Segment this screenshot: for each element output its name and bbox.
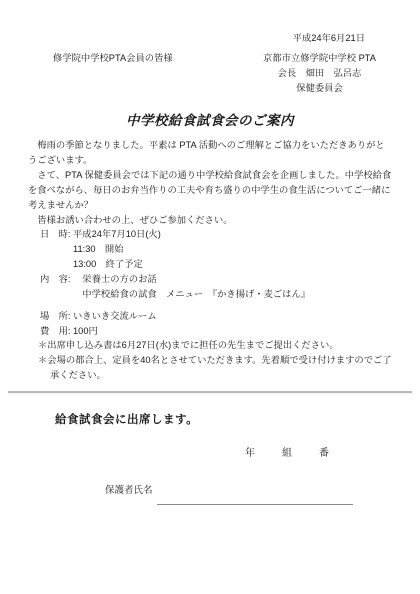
- issue-date: 平成24年6月21日: [293, 31, 365, 45]
- detail-content: 内 容: 栄養士の方のお話: [40, 272, 390, 287]
- detail-place: 場 所: いきいき交流ルーム: [40, 309, 390, 324]
- notes-block: ＊出席申し込み書は6月27日(水)までに担任の先生までご提出ください。 ＊会場の…: [38, 338, 392, 383]
- fee-value: 100円: [73, 324, 390, 339]
- event-details: 日 時: 平成24年7月10日(火) 11:30 開始 13:00 終了予定 内…: [40, 227, 390, 339]
- detail-datetime: 日 時: 平成24年7月10日(火): [40, 227, 390, 242]
- place-value: いきいき交流ルーム: [73, 309, 390, 324]
- note-deadline: ＊出席申し込み書は6月27日(水)までに担任の先生までご提出ください。: [38, 338, 392, 353]
- content-label: 内 容:: [40, 272, 73, 287]
- detail-fee: 費 用: 100円: [40, 324, 390, 339]
- end-time-value: 13:00 終了予定: [73, 257, 390, 272]
- sender-block: 京都市立修学院中学校 PTA 会長 畑田 弘呂志 保健委員会: [263, 51, 376, 96]
- start-time-spacer: [40, 242, 73, 257]
- content-menu-spacer: [40, 287, 73, 302]
- grade-label: 年: [245, 444, 255, 459]
- paragraph-invitation: 皆様お誘い合わせの上、ぜひご参加ください。: [28, 213, 394, 228]
- end-time-spacer: [40, 257, 73, 272]
- detail-content-menu: 中学校給食の試食 メニュー 『かき揚げ・麦ごはん』: [40, 287, 390, 302]
- grade-class-number-row: 年 組 番: [245, 444, 329, 459]
- cut-line-divider: [8, 391, 412, 394]
- sender-organization: 京都市立修学院中学校 PTA: [263, 51, 376, 66]
- place-label: 場 所:: [40, 309, 73, 324]
- content-value: 栄養士の方のお話: [73, 272, 390, 287]
- paragraph-greeting: 梅雨の季節となりました。平素は PTA 活動へのご理解とご協力をいただきありがと…: [28, 138, 394, 168]
- notice-page: 平成24年6月21日 修学院中学校PTA会員の皆様 京都市立修学院中学校 PTA…: [0, 0, 420, 594]
- guardian-name-write-line: [157, 489, 353, 505]
- number-label: 番: [319, 444, 329, 459]
- document-title: 中学校給食試食会のご案内: [0, 109, 420, 129]
- sender-chairperson: 会長 畑田 弘呂志: [263, 66, 376, 81]
- detail-start-time: 11:30 開始: [40, 242, 390, 257]
- class-label: 組: [282, 444, 292, 459]
- start-time-value: 11:30 開始: [73, 242, 390, 257]
- note-capacity: ＊会場の都合上、定員を40名とさせていただきます。先着順で受け付けますのでご了承…: [38, 353, 392, 383]
- body-paragraphs: 梅雨の季節となりました。平素は PTA 活動へのご理解とご協力をいただきありがと…: [28, 138, 394, 228]
- addressee: 修学院中学校PTA会員の皆様: [53, 51, 173, 66]
- datetime-value: 平成24年7月10日(火): [73, 227, 390, 242]
- guardian-name-label: 保護者氏名: [105, 482, 153, 496]
- paragraph-purpose: さて、PTA 保健委員会では下記の通り中学校給食試食会を企画しました。中学校給食…: [28, 168, 394, 213]
- reply-statement: 給食試食会に出席します。: [55, 411, 198, 427]
- fee-label: 費 用:: [40, 324, 73, 339]
- content-menu-value: 中学校給食の試食 メニュー 『かき揚げ・麦ごはん』: [73, 287, 390, 302]
- detail-end-time: 13:00 終了予定: [40, 257, 390, 272]
- sender-committee: 保健委員会: [263, 81, 376, 96]
- datetime-label: 日 時:: [40, 227, 73, 242]
